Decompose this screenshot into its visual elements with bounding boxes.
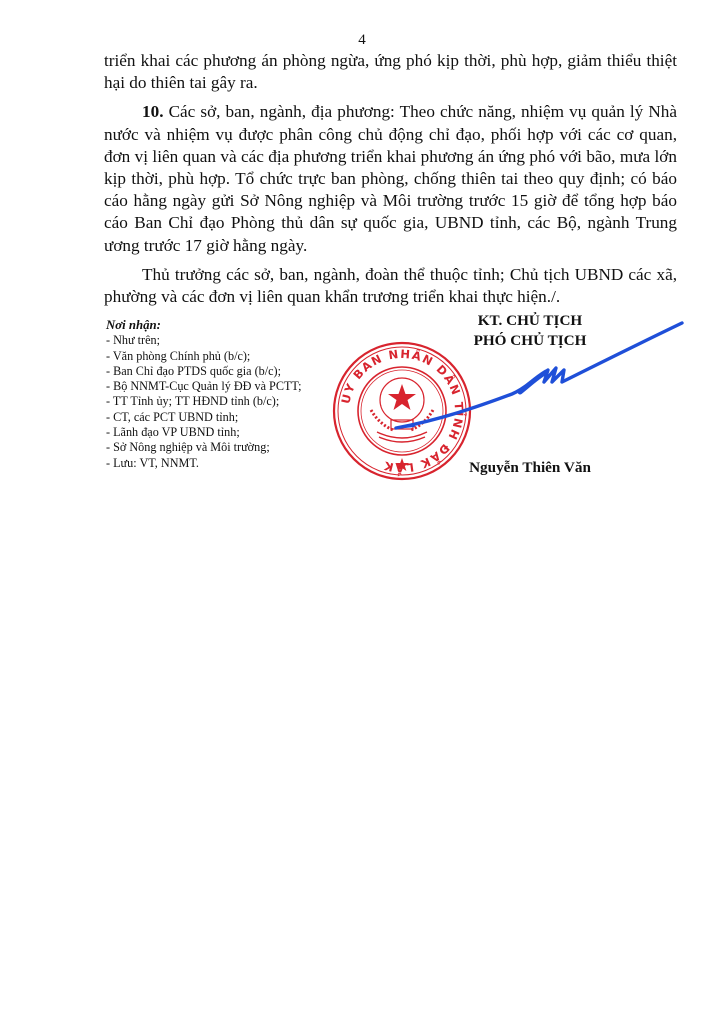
recipient-item: - TT Tỉnh ủy; TT HĐND tỉnh (b/c);: [106, 394, 346, 409]
page-number: 4: [0, 31, 724, 49]
paragraph-text: Các sở, ban, ngành, địa phương: Theo chứ…: [104, 102, 677, 254]
recipient-item: - CT, các PCT UBND tỉnh;: [106, 410, 346, 425]
signer-name: Nguyễn Thiên Văn: [438, 458, 622, 477]
paragraph-closing: Thủ trưởng các sở, ban, ngành, đoàn thể …: [104, 264, 677, 308]
recipient-item: - Văn phòng Chính phủ (b/c);: [106, 349, 346, 364]
recipients-items: - Như trên; - Văn phòng Chính phủ (b/c);…: [106, 333, 346, 471]
recipient-item: - Lãnh đạo VP UBND tỉnh;: [106, 425, 346, 440]
recipient-item: - Sở Nông nghiệp và Môi trường;: [106, 440, 346, 455]
paragraph-text: triển khai các phương án phòng ngừa, ứng…: [104, 51, 677, 92]
paragraph-item-10: 10. Các sở, ban, ngành, địa phương: Theo…: [104, 101, 677, 256]
paragraph-text: Thủ trưởng các sở, ban, ngành, đoàn thể …: [104, 265, 677, 306]
paragraph-continuation: triển khai các phương án phòng ngừa, ứng…: [104, 50, 677, 94]
handwritten-signature-icon: [380, 310, 700, 440]
recipient-item: - Lưu: VT, NNMT.: [106, 456, 346, 471]
paragraph-number: 10.: [142, 102, 163, 121]
recipients-list: Nơi nhận: - Như trên; - Văn phòng Chính …: [106, 318, 346, 471]
recipient-item: - Như trên;: [106, 333, 346, 348]
recipient-item: - Ban Chỉ đạo PTDS quốc gia (b/c);: [106, 364, 346, 379]
recipient-item: - Bộ NNMT-Cục Quản lý ĐĐ và PCTT;: [106, 379, 346, 394]
recipients-heading: Nơi nhận:: [106, 318, 346, 333]
document-body: triển khai các phương án phòng ngừa, ứng…: [104, 50, 677, 308]
